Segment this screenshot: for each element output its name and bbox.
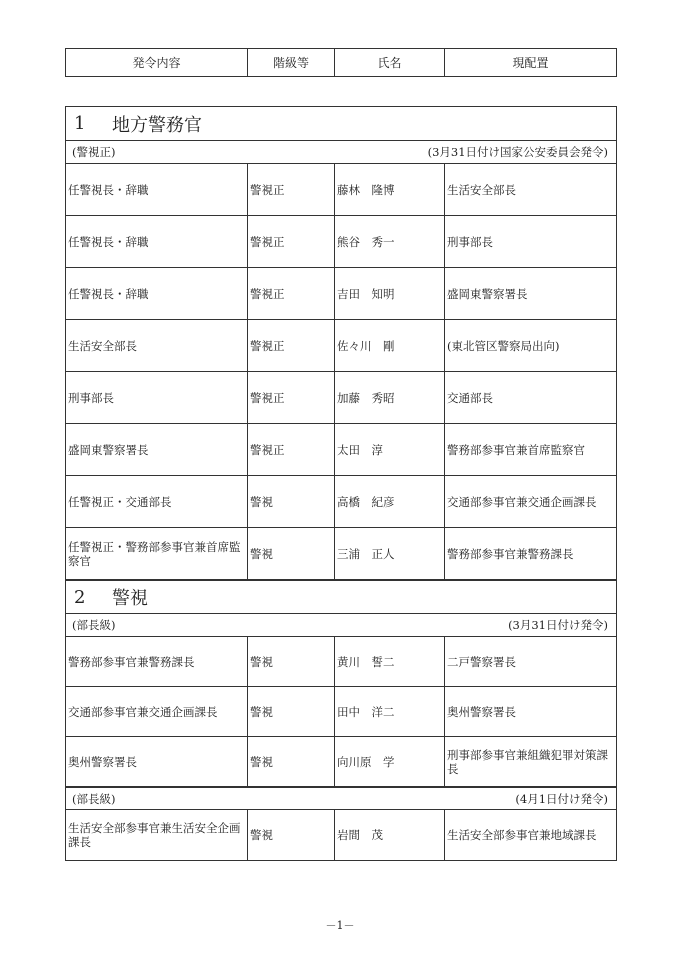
name-cell: 太田 淳 (335, 424, 445, 475)
rank-cell: 警視 (248, 810, 335, 860)
table-row: 生活安全部参事官兼生活安全企画課長 警視 岩間 茂 生活安全部参事官兼地域課長 (66, 810, 616, 860)
order-cell: 警務部参事官兼警務課長 (66, 637, 248, 686)
table-row: 任警視長・辞職 警視正 藤林 隆博 生活安全部長 (66, 164, 616, 216)
rank-cell: 警視正 (248, 320, 335, 371)
current-position-cell: 二戸警察署長 (445, 637, 616, 686)
header-current-position: 現配置 (445, 49, 616, 76)
current-position-cell: 奥州警察署長 (445, 687, 616, 736)
current-position-cell: 盛岡東警察署長 (445, 268, 616, 319)
header-order: 発令内容 (66, 49, 248, 76)
rank-cell: 警視正 (248, 268, 335, 319)
name-cell: 三浦 正人 (335, 528, 445, 579)
current-position-cell: 生活安全部長 (445, 164, 616, 215)
group-label: (警視正) (72, 144, 115, 160)
order-cell: 任警視正・警務部参事官兼首席監察官 (66, 528, 248, 579)
name-cell: 岩間 茂 (335, 810, 445, 860)
current-position-cell: 警務部参事官兼首席監察官 (445, 424, 616, 475)
name-cell: 熊谷 秀一 (335, 216, 445, 267)
order-cell: 生活安全部長 (66, 320, 248, 371)
name-cell: 高橋 紀彦 (335, 476, 445, 527)
current-position-cell: 刑事部参事官兼組織犯罪対策課長 (445, 737, 616, 786)
rank-cell: 警視 (248, 687, 335, 736)
order-cell: 生活安全部参事官兼生活安全企画課長 (66, 810, 248, 860)
group-label: (部長級) (72, 791, 115, 807)
table-row: 奥州警察署長 警視 向川原 学 刑事部参事官兼組織犯罪対策課長 (66, 737, 616, 787)
table-row: 任警視長・辞職 警視正 吉田 知明 盛岡東警察署長 (66, 268, 616, 320)
rank-cell: 警視 (248, 476, 335, 527)
group-date-note: (3月31日付け発令) (508, 617, 608, 633)
section-title: 地方警務官 (112, 111, 202, 137)
personnel-table: 1 地方警務官 (警視正) (3月31日付け国家公安委員会発令) 任警視長・辞職… (65, 106, 617, 861)
name-cell: 向川原 学 (335, 737, 445, 786)
section-heading: 2 警視 (66, 580, 616, 614)
order-cell: 任警視長・辞職 (66, 216, 248, 267)
order-cell: 任警視長・辞職 (66, 268, 248, 319)
current-position-cell: 生活安全部参事官兼地域課長 (445, 810, 616, 860)
order-cell: 奥州警察署長 (66, 737, 248, 786)
group-date-note: (4月1日付け発令) (515, 791, 608, 807)
table-row: 任警視正・警務部参事官兼首席監察官 警視 三浦 正人 警務部参事官兼警務課長 (66, 528, 616, 580)
section-heading: 1 地方警務官 (66, 107, 616, 141)
column-header-table: 発令内容 階級等 氏名 現配置 (65, 48, 617, 77)
name-cell: 藤林 隆博 (335, 164, 445, 215)
name-cell: 加藤 秀昭 (335, 372, 445, 423)
rank-cell: 警視 (248, 528, 335, 579)
table-row: 任警視正・交通部長 警視 高橋 紀彦 交通部参事官兼交通企画課長 (66, 476, 616, 528)
rank-cell: 警視正 (248, 164, 335, 215)
rank-cell: 警視 (248, 637, 335, 686)
order-cell: 交通部参事官兼交通企画課長 (66, 687, 248, 736)
current-position-cell: (東北管区警察局出向) (445, 320, 616, 371)
order-cell: 任警視長・辞職 (66, 164, 248, 215)
order-cell: 刑事部長 (66, 372, 248, 423)
rank-cell: 警視正 (248, 424, 335, 475)
table-row: 交通部参事官兼交通企画課長 警視 田中 洋二 奥州警察署長 (66, 687, 616, 737)
group-label: (部長級) (72, 617, 115, 633)
section-title: 警視 (112, 584, 148, 610)
order-cell: 盛岡東警察署長 (66, 424, 248, 475)
table-row: 刑事部長 警視正 加藤 秀昭 交通部長 (66, 372, 616, 424)
name-cell: 吉田 知明 (335, 268, 445, 319)
section-number: 2 (74, 587, 112, 608)
rank-cell: 警視正 (248, 216, 335, 267)
header-name: 氏名 (335, 49, 445, 76)
section-number: 1 (74, 113, 112, 134)
table-row: 任警視長・辞職 警視正 熊谷 秀一 刑事部長 (66, 216, 616, 268)
name-cell: 黄川 誓二 (335, 637, 445, 686)
table-row: 盛岡東警察署長 警視正 太田 淳 警務部参事官兼首席監察官 (66, 424, 616, 476)
current-position-cell: 警務部参事官兼警務課長 (445, 528, 616, 579)
table-row: 生活安全部長 警視正 佐々川 剛 (東北管区警察局出向) (66, 320, 616, 372)
group-heading: (部長級) (3月31日付け発令) (66, 614, 616, 637)
page-number: －1－ (0, 917, 680, 933)
name-cell: 佐々川 剛 (335, 320, 445, 371)
current-position-cell: 交通部参事官兼交通企画課長 (445, 476, 616, 527)
name-cell: 田中 洋二 (335, 687, 445, 736)
group-heading: (部長級) (4月1日付け発令) (66, 787, 616, 810)
header-rank: 階級等 (248, 49, 335, 76)
table-row: 警務部参事官兼警務課長 警視 黄川 誓二 二戸警察署長 (66, 637, 616, 687)
group-date-note: (3月31日付け国家公安委員会発令) (428, 144, 608, 160)
rank-cell: 警視 (248, 737, 335, 786)
group-heading: (警視正) (3月31日付け国家公安委員会発令) (66, 141, 616, 164)
rank-cell: 警視正 (248, 372, 335, 423)
current-position-cell: 交通部長 (445, 372, 616, 423)
order-cell: 任警視正・交通部長 (66, 476, 248, 527)
current-position-cell: 刑事部長 (445, 216, 616, 267)
